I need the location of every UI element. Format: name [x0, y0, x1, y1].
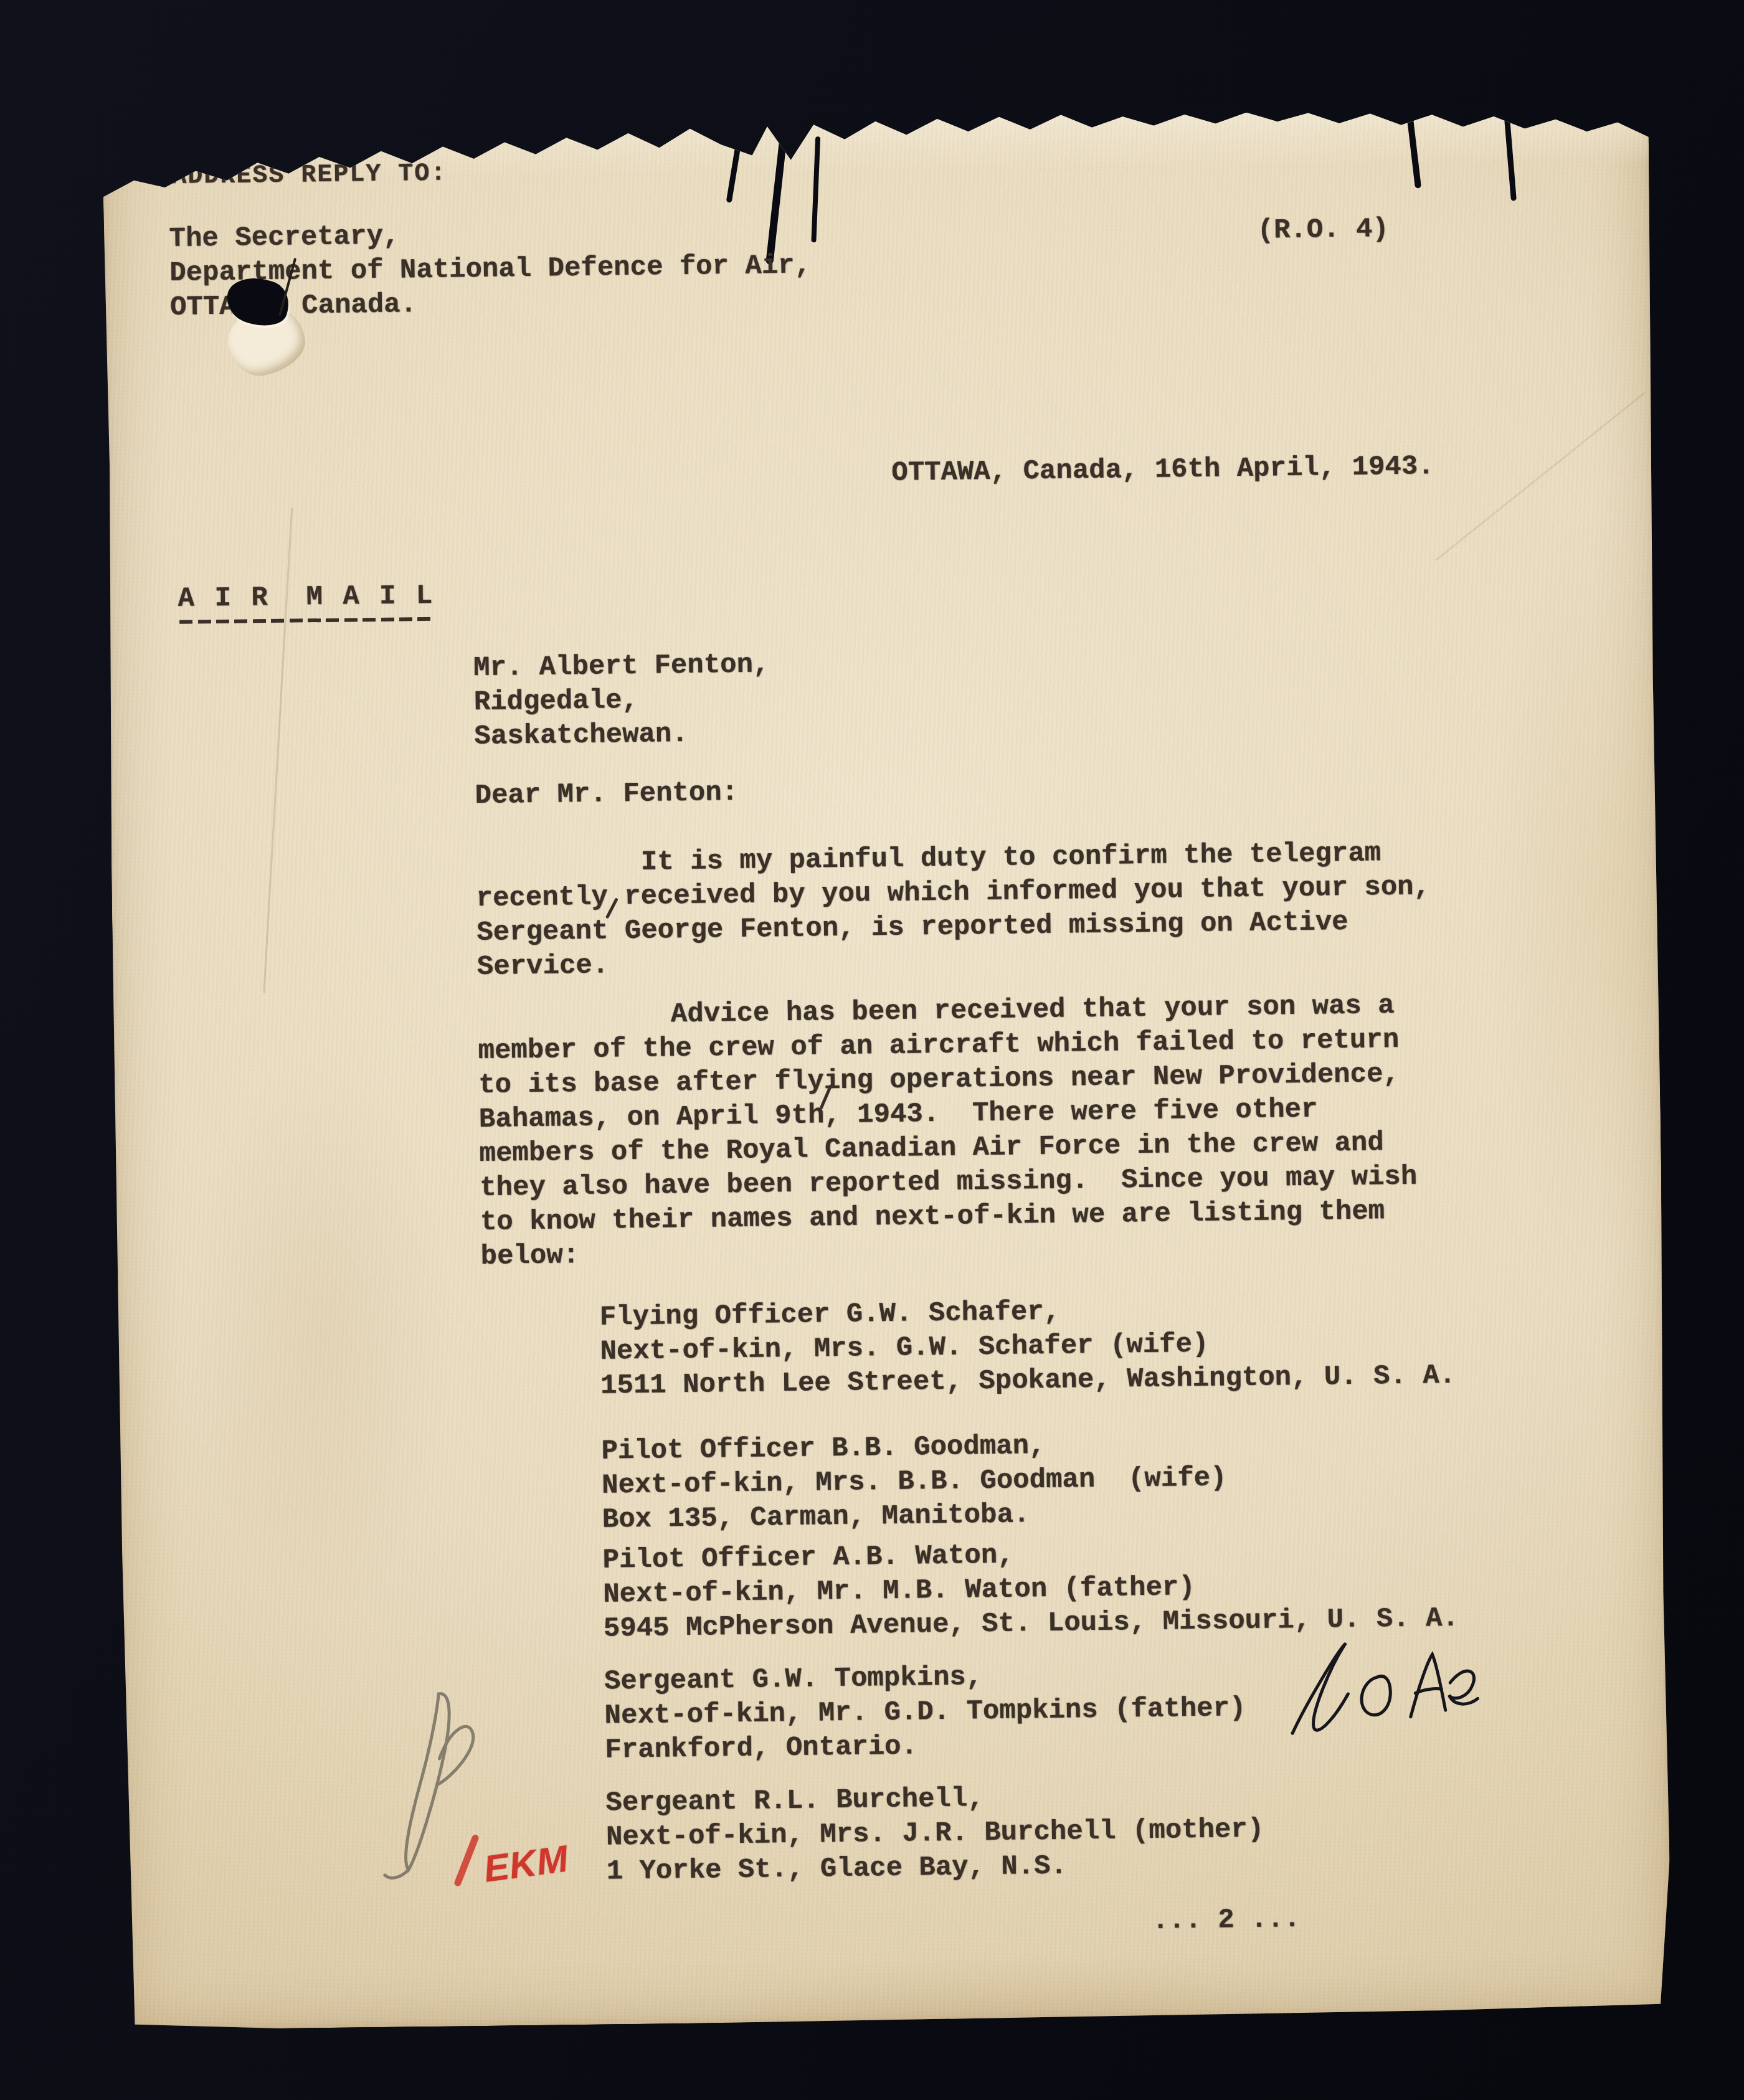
crew-entry: Pilot Officer B.B. Goodman, Next-of-kin,…: [601, 1423, 1537, 1537]
body-paragraph-1: It is my painful duty to confirm the tel…: [476, 836, 1462, 985]
stain: [1477, 508, 1736, 1290]
crew-entry: Pilot Officer A.B. Waton, Next-of-kin, M…: [602, 1532, 1538, 1646]
scan-background: ADDRESS REPLY TO: The Secretary, Departm…: [0, 0, 1744, 2100]
airmail-label: A I R M A I L: [178, 579, 434, 624]
signature-ink-scrawl: [1282, 1632, 1489, 1753]
stain: [189, 1054, 457, 1617]
reference-code: (R.O. 4): [1257, 212, 1389, 248]
recipient-address: Mr. Albert Fenton, Ridgedale, Saskatchew…: [473, 648, 770, 754]
stain: [716, 1946, 1310, 2091]
body-paragraph-2: Advice has been received that your son w…: [478, 988, 1465, 1274]
address-reply-label: ADDRESS REPLY TO:: [171, 157, 447, 194]
letter-paper: ADDRESS REPLY TO: The Secretary, Departm…: [102, 105, 1671, 2030]
pencil-scribble: [374, 1682, 507, 1890]
page-footer: ... 2 ...: [1152, 1903, 1300, 1939]
crew-entry: Flying Officer G.W. Schafer, Next-of-kin…: [600, 1289, 1535, 1403]
crew-entry: Sergeant R.L. Burchell, Next-of-kin, Mrs…: [605, 1775, 1541, 1889]
dateline: OTTAWA, Canada, 16th April, 1943.: [891, 450, 1434, 491]
salutation: Dear Mr. Fenton:: [475, 776, 738, 813]
crease-line: [1435, 392, 1645, 561]
